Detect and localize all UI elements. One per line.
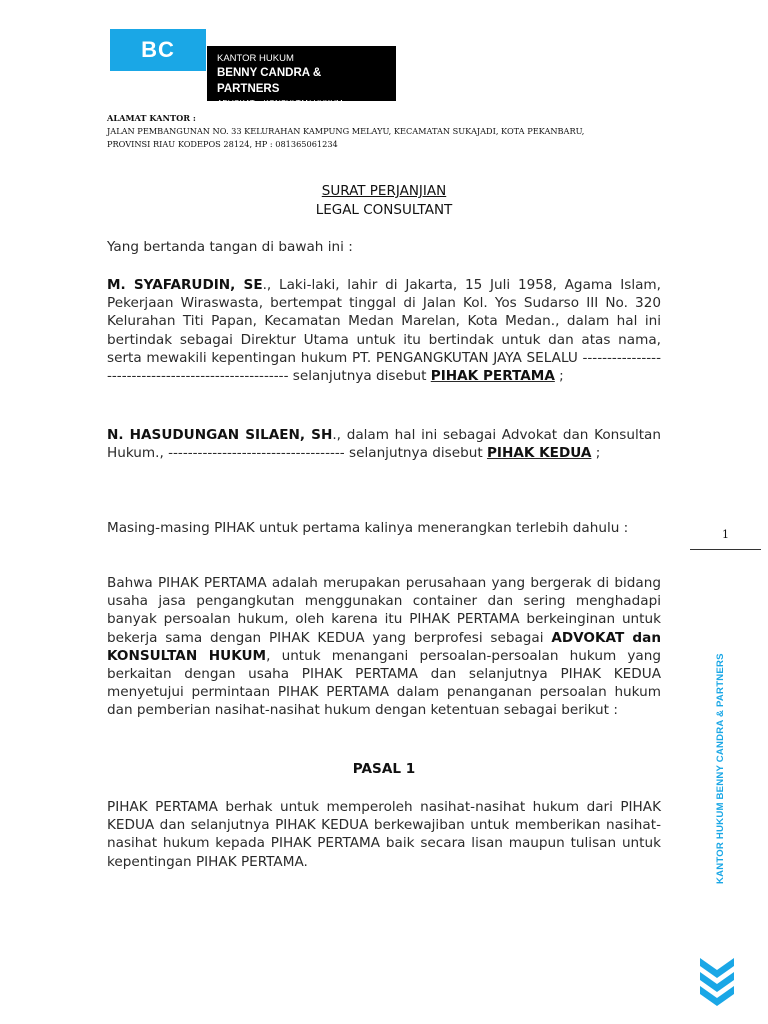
title-line-2: LEGAL CONSULTANT xyxy=(107,201,661,220)
party-2-end: ; xyxy=(591,445,600,461)
pasal-1-text: PIHAK PERTAMA berhak untuk memperoleh na… xyxy=(107,798,661,871)
intro-text: Yang bertanda tangan di bawah ini : xyxy=(107,238,661,256)
office-address: ALAMAT KANTOR : JALAN PEMBANGUNAN NO. 33… xyxy=(107,112,667,151)
party-1-designation: PIHAK PERTAMA xyxy=(431,368,555,384)
logo-tagline: ADVOKAT – KONSULTAN HUKUM xyxy=(217,97,386,110)
title-line-1: SURAT PERJANJIAN xyxy=(107,182,661,201)
logo-firm-name: BENNY CANDRA & PARTNERS xyxy=(217,65,386,97)
party-1-paragraph: M. SYAFARUDIN, SE., Laki-laki, lahir di … xyxy=(107,276,661,385)
address-line-1: JALAN PEMBANGUNAN NO. 33 KELURAHAN KAMPU… xyxy=(107,125,667,138)
logo-line-1: KANTOR HUKUM xyxy=(217,52,386,65)
page-number-rule xyxy=(690,549,761,550)
address-line-2: PROVINSI RIAU KODEPOS 28124, HP : 081365… xyxy=(107,138,667,151)
logo-initials: BC xyxy=(110,29,206,71)
background-paragraph: Bahwa PIHAK PERTAMA adalah merupakan per… xyxy=(107,574,661,720)
party-2-name: N. HASUDUNGAN SILAEN, SH xyxy=(107,427,332,443)
document-title: SURAT PERJANJIAN LEGAL CONSULTANT xyxy=(107,182,661,220)
address-label: ALAMAT KANTOR : xyxy=(107,112,667,125)
party-2-paragraph: N. HASUDUNGAN SILAEN, SH., dalam hal ini… xyxy=(107,426,661,462)
party-1-end: ; xyxy=(555,368,564,384)
side-firm-label: KANTOR HUKUM BENNY CANDRA & PARTNERS xyxy=(715,653,726,884)
pasal-1-heading: PASAL 1 xyxy=(107,761,661,777)
page-number: 1 xyxy=(690,528,761,541)
party-2-designation: PIHAK KEDUA xyxy=(487,445,591,461)
firm-logo-box: KANTOR HUKUM BENNY CANDRA & PARTNERS ADV… xyxy=(207,46,396,101)
statement-text: Masing-masing PIHAK untuk pertama kaliny… xyxy=(107,519,661,537)
triple-chevron-down-icon[interactable] xyxy=(700,958,734,1008)
party-1-details: ., Laki-laki, lahir di Jakarta, 15 Juli … xyxy=(107,277,661,384)
party-1-name: M. SYAFARUDIN, SE xyxy=(107,277,263,293)
